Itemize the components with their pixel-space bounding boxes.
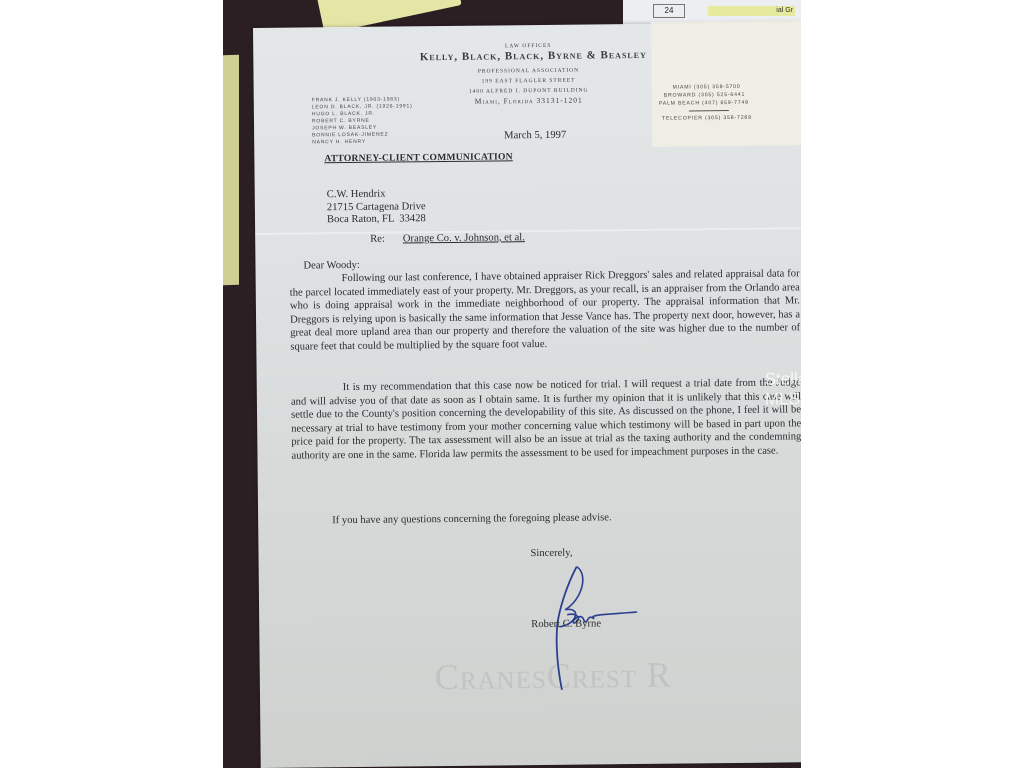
letter-heading: ATTORNEY-CLIENT COMMUNICATION	[324, 151, 512, 164]
phone-list: Miami (305) 358-5700 Broward (305) 525-6…	[659, 83, 752, 123]
recipient-address: C.W. Hendrix 21715 Cartagena Drive Boca …	[327, 188, 426, 227]
paragraph-text: Following our last conference, I have ob…	[290, 268, 801, 352]
crest-watermark: CranesCrest R	[435, 654, 673, 698]
recipient-street: 21715 Cartagena Drive	[327, 201, 426, 215]
closing-paragraph: If you have any questions concerning the…	[332, 512, 612, 526]
letter-paper: Law Offices Kelly, Black, Black, Byrne &…	[253, 22, 801, 768]
phone-palm-beach: Palm Beach (407) 659-7749	[659, 99, 752, 108]
form-cell: 24	[653, 4, 685, 18]
recipient-name: C.W. Hendrix	[327, 188, 426, 202]
document-photo: 24 ial Gr Law Offices Kelly, Black, Blac…	[223, 0, 801, 768]
form-highlight: ial Gr	[708, 6, 795, 16]
paper-fold	[255, 227, 801, 235]
telecopier: Telecopier (305) 358-7269	[659, 114, 752, 123]
paragraph-text: It is my recommendation that this case n…	[291, 377, 801, 461]
partner-name: Nancy H. Henry	[312, 138, 413, 146]
recipient-city: Boca Raton, FL 33428	[327, 213, 426, 227]
letter-date: March 5, 1997	[504, 130, 566, 142]
firm-building: 1400 Alfred I. duPont Building	[434, 87, 624, 95]
signer-name: Robert C. Byrne	[531, 618, 601, 630]
yellow-pad-edge	[223, 55, 239, 286]
mls-watermark: Stellar MLS	[765, 369, 801, 410]
firm-name: Kelly, Black, Black, Byrne & Beasley	[383, 48, 683, 63]
salutation: Dear Woody:	[303, 260, 359, 272]
phone-divider	[689, 110, 729, 111]
firm-street: 199 East Flagler Street	[434, 77, 624, 85]
firm-city: Miami, Florida 33131-1201	[434, 95, 624, 106]
re-case: Orange Co. v. Johnson, et al.	[403, 232, 525, 244]
partner-list: Frank J. Kelly (1903-1983) Leon D. Black…	[312, 96, 413, 146]
firm-association: Professional Association	[433, 67, 623, 75]
body-paragraph: It is my recommendation that this case n…	[291, 376, 801, 462]
re-label: Re:	[370, 233, 400, 244]
re-line: Re: Orange Co. v. Johnson, et al.	[370, 232, 525, 245]
body-paragraph: Following our last conference, I have ob…	[290, 267, 801, 353]
